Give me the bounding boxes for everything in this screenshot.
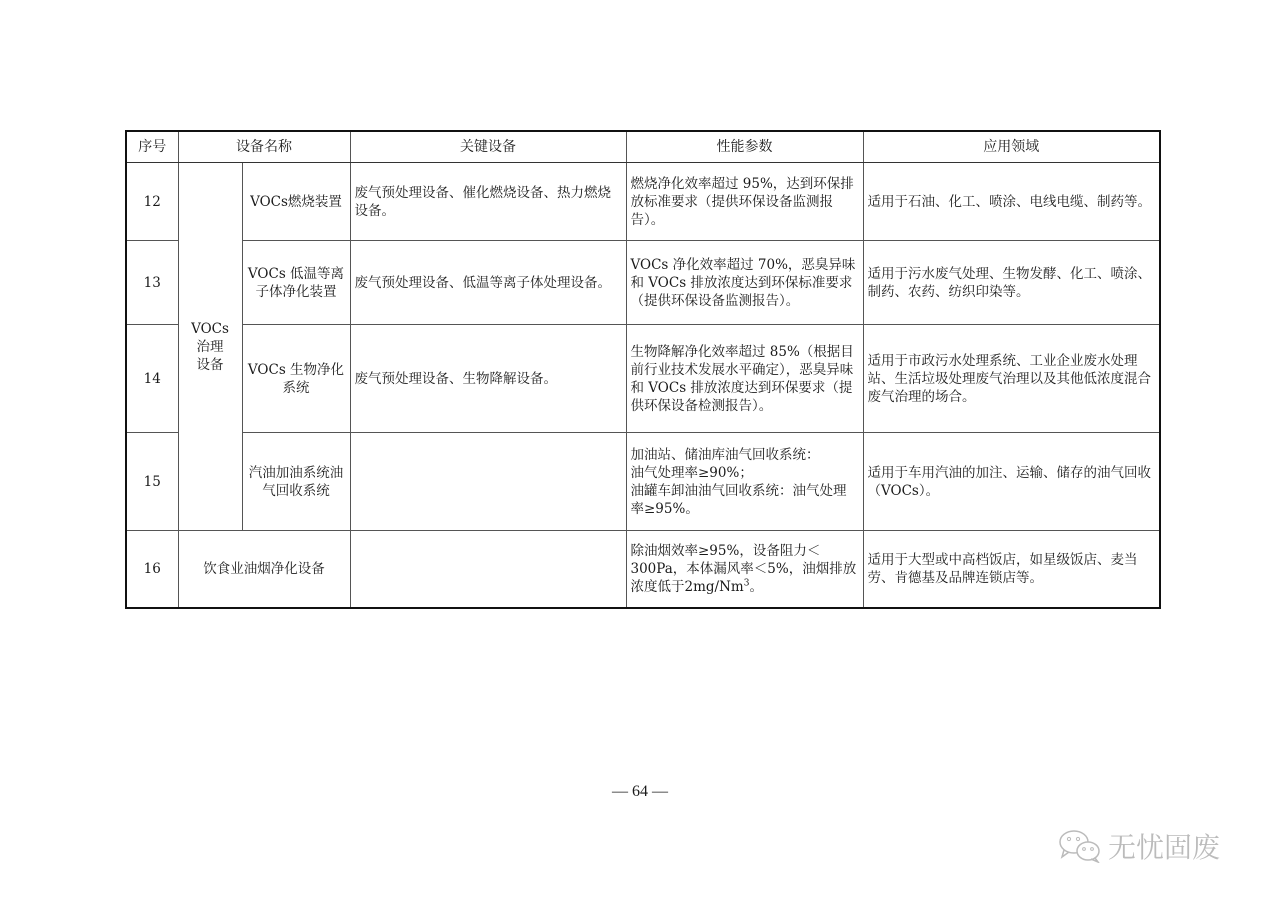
row-application: 适用于车用汽油的加注、运输、储存的油气回收（VOCs）。: [863, 433, 1160, 531]
row-no: 14: [126, 325, 178, 433]
row-application: 适用于大型或中高档饭店，如星级饭店、麦当劳、肯德基及品牌连锁店等。: [863, 531, 1160, 608]
performance-line: 油罐车卸油油气回收系统：油气处理率≥95%。: [631, 482, 859, 518]
table-row: 16 饮食业油烟净化设备 除油烟效率≥95%，设备阻力＜300Pa，本体漏风率＜…: [126, 531, 1160, 608]
header-performance: 性能参数: [626, 131, 863, 163]
row-application: 适用于石油、化工、喷涂、电线电缆、制药等。: [863, 163, 1160, 241]
header-key-equipment: 关键设备: [350, 131, 626, 163]
row-performance: 除油烟效率≥95%，设备阻力＜300Pa，本体漏风率＜5%，油烟排放浓度低于2m…: [626, 531, 863, 608]
table-row: 12 VOCs 治理 设备 VOCs燃烧装置 废气预处理设备、催化燃烧设备、热力…: [126, 163, 1160, 241]
row-key-equipment: 废气预处理设备、低温等离子体处理设备。: [350, 241, 626, 325]
row-name: VOCs 生物净化系统: [242, 325, 350, 433]
row-key-equipment: [350, 433, 626, 531]
row-name: 饮食业油烟净化设备: [178, 531, 350, 608]
row-key-equipment: 废气预处理设备、生物降解设备。: [350, 325, 626, 433]
performance-line: 油气处理率≥90%；: [631, 464, 859, 482]
row-performance: 加油站、储油库油气回收系统： 油气处理率≥90%； 油罐车卸油油气回收系统：油气…: [626, 433, 863, 531]
page-number: — 64 —: [590, 783, 690, 801]
watermark: 无忧固废: [1058, 826, 1220, 866]
row-no: 13: [126, 241, 178, 325]
row-name: VOCs燃烧装置: [242, 163, 350, 241]
row-performance: 生物降解净化效率超过 85%（根据目前行业技术发展水平确定），恶臭异味和 VOC…: [626, 325, 863, 433]
category-line: VOCs: [183, 320, 238, 338]
row-name: 汽油加油系统油气回收系统: [242, 433, 350, 531]
row-key-equipment: 废气预处理设备、催化燃烧设备、热力燃烧设备。: [350, 163, 626, 241]
category-cell: VOCs 治理 设备: [178, 163, 242, 531]
row-no: 15: [126, 433, 178, 531]
row-name: VOCs 低温等离子体净化装置: [242, 241, 350, 325]
header-name: 设备名称: [178, 131, 350, 163]
category-line: 设备: [183, 356, 238, 374]
table-row: 15 汽油加油系统油气回收系统 加油站、储油库油气回收系统： 油气处理率≥90%…: [126, 433, 1160, 531]
table-row: 13 VOCs 低温等离子体净化装置 废气预处理设备、低温等离子体处理设备。 V…: [126, 241, 1160, 325]
row-performance: VOCs 净化效率超过 70%，恶臭异味和 VOCs 排放浓度达到环保标准要求（…: [626, 241, 863, 325]
row-key-equipment: [350, 531, 626, 608]
performance-end: 。: [749, 579, 763, 595]
row-no: 12: [126, 163, 178, 241]
row-no: 16: [126, 531, 178, 608]
row-application: 适用于市政污水处理系统、工业企业废水处理站、生活垃圾处理废气治理以及其他低浓度混…: [863, 325, 1160, 433]
performance-line: 加油站、储油库油气回收系统：: [631, 446, 859, 464]
row-application: 适用于污水废气处理、生物发酵、化工、喷涂、制药、农药、纺织印染等。: [863, 241, 1160, 325]
table-header-row: 序号 设备名称 关键设备 性能参数 应用领域: [126, 131, 1160, 163]
wechat-icon: [1058, 829, 1102, 863]
row-performance: 燃烧净化效率超过 95%，达到环保排放标准要求（提供环保设备监测报告）。: [626, 163, 863, 241]
equipment-table: 序号 设备名称 关键设备 性能参数 应用领域 12 VOCs 治理 设备 VOC…: [125, 130, 1161, 609]
header-application: 应用领域: [863, 131, 1160, 163]
header-no: 序号: [126, 131, 178, 163]
table-row: 14 VOCs 生物净化系统 废气预处理设备、生物降解设备。 生物降解净化效率超…: [126, 325, 1160, 433]
category-line: 治理: [183, 338, 238, 356]
watermark-text: 无忧固废: [1108, 826, 1220, 866]
